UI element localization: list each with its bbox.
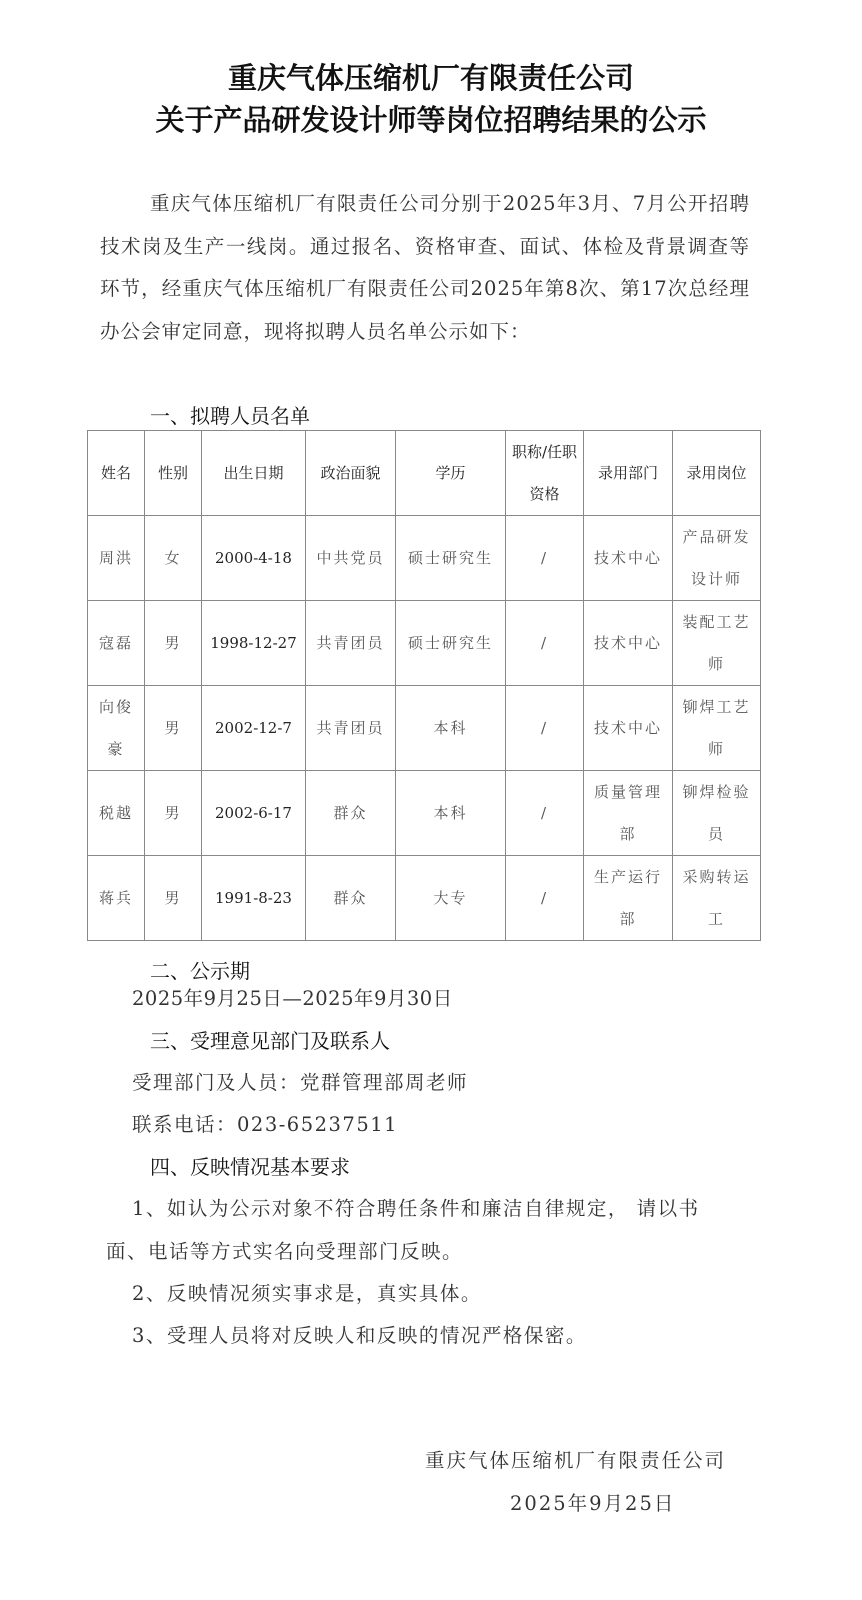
cell-gender: 男 xyxy=(145,771,202,856)
requirement-3: 3、受理人员将对反映人和反映的情况严格保密。 xyxy=(132,1320,587,1348)
cell-department: 技术中心 xyxy=(584,516,673,601)
cell-education: 本科 xyxy=(396,771,506,856)
cell-name: 周洪 xyxy=(88,516,145,601)
col-header-political: 政治面貌 xyxy=(306,431,396,516)
cell-department: 生产运行部 xyxy=(584,856,673,941)
col-header-title: 职称/任职资格 xyxy=(506,431,584,516)
cell-title: / xyxy=(506,771,584,856)
cell-title: / xyxy=(506,516,584,601)
cell-political: 群众 xyxy=(306,771,396,856)
section3-heading: 三、受理意见部门及联系人 xyxy=(150,1025,390,1054)
section2-heading: 二、公示期 xyxy=(150,955,250,984)
cell-position: 铆焊工艺师 xyxy=(673,686,761,771)
requirement-1-line2: 面、电话等方式实名向受理部门反映。 xyxy=(106,1236,463,1264)
table-row: 向俊豪 男 2002-12-7 共青团员 本科 / 技术中心 铆焊工艺师 xyxy=(88,686,761,771)
cell-gender: 男 xyxy=(145,601,202,686)
cell-gender: 女 xyxy=(145,516,202,601)
table-row: 寇磊 男 1998-12-27 共青团员 硕士研究生 / 技术中心 装配工艺师 xyxy=(88,601,761,686)
cell-position: 采购转运工 xyxy=(673,856,761,941)
table-row: 蒋兵 男 1991-8-23 群众 大专 / 生产运行部 采购转运工 xyxy=(88,856,761,941)
cell-department: 技术中心 xyxy=(584,686,673,771)
cell-title: / xyxy=(506,601,584,686)
col-header-education: 学历 xyxy=(396,431,506,516)
col-header-name: 姓名 xyxy=(88,431,145,516)
cell-birth: 2002-12-7 xyxy=(202,686,306,771)
table-row: 税越 男 2002-6-17 群众 本科 / 质量管理部 铆焊检验员 xyxy=(88,771,761,856)
col-header-position: 录用岗位 xyxy=(673,431,761,516)
cell-position: 铆焊检验员 xyxy=(673,771,761,856)
cell-gender: 男 xyxy=(145,856,202,941)
publicity-period: 2025年9月25日—2025年9月30日 xyxy=(132,983,453,1011)
cell-name: 向俊豪 xyxy=(88,686,145,771)
cell-birth: 1998-12-27 xyxy=(202,601,306,686)
requirement-2: 2、反映情况须实事求是，真实具体。 xyxy=(132,1278,482,1306)
contact-phone: 联系电话：023-65237511 xyxy=(132,1109,398,1137)
col-header-gender: 性别 xyxy=(145,431,202,516)
section4-heading: 四、反映情况基本要求 xyxy=(150,1151,350,1180)
cell-education: 硕士研究生 xyxy=(396,601,506,686)
cell-education: 本科 xyxy=(396,686,506,771)
contact-person: 受理部门及人员：党群管理部周老师 xyxy=(132,1067,468,1095)
cell-political: 群众 xyxy=(306,856,396,941)
requirement-1-line1: 1、如认为公示对象不符合聘任条件和廉洁自律规定， 请以书 xyxy=(132,1193,700,1221)
cell-name: 蒋兵 xyxy=(88,856,145,941)
intro-paragraph: 重庆气体压缩机厂有限责任公司分别于2025年3月、7月公开招聘技术岗及生产一线岗… xyxy=(100,183,750,353)
cell-department: 质量管理部 xyxy=(584,771,673,856)
cell-political: 中共党员 xyxy=(306,516,396,601)
cell-education: 硕士研究生 xyxy=(396,516,506,601)
cell-name: 寇磊 xyxy=(88,601,145,686)
document-title-line2: 关于产品研发设计师等岗位招聘结果的公示 xyxy=(0,98,862,139)
cell-birth: 1991-8-23 xyxy=(202,856,306,941)
col-header-department: 录用部门 xyxy=(584,431,673,516)
col-header-birth: 出生日期 xyxy=(202,431,306,516)
cell-position: 装配工艺师 xyxy=(673,601,761,686)
cell-name: 税越 xyxy=(88,771,145,856)
signature-company: 重庆气体压缩机厂有限责任公司 xyxy=(425,1445,726,1473)
candidate-table: 姓名 性别 出生日期 政治面貌 学历 职称/任职资格 录用部门 录用岗位 周洪 … xyxy=(87,430,761,941)
cell-title: / xyxy=(506,686,584,771)
cell-political: 共青团员 xyxy=(306,686,396,771)
table-row: 周洪 女 2000-4-18 中共党员 硕士研究生 / 技术中心 产品研发设计师 xyxy=(88,516,761,601)
document-title-line1: 重庆气体压缩机厂有限责任公司 xyxy=(0,56,862,97)
cell-birth: 2000-4-18 xyxy=(202,516,306,601)
cell-position: 产品研发设计师 xyxy=(673,516,761,601)
cell-title: / xyxy=(506,856,584,941)
cell-gender: 男 xyxy=(145,686,202,771)
table-header-row: 姓名 性别 出生日期 政治面貌 学历 职称/任职资格 录用部门 录用岗位 xyxy=(88,431,761,516)
signature-date: 2025年9月25日 xyxy=(510,1488,675,1516)
cell-education: 大专 xyxy=(396,856,506,941)
cell-birth: 2002-6-17 xyxy=(202,771,306,856)
cell-department: 技术中心 xyxy=(584,601,673,686)
section1-heading: 一、拟聘人员名单 xyxy=(150,400,310,429)
cell-political: 共青团员 xyxy=(306,601,396,686)
